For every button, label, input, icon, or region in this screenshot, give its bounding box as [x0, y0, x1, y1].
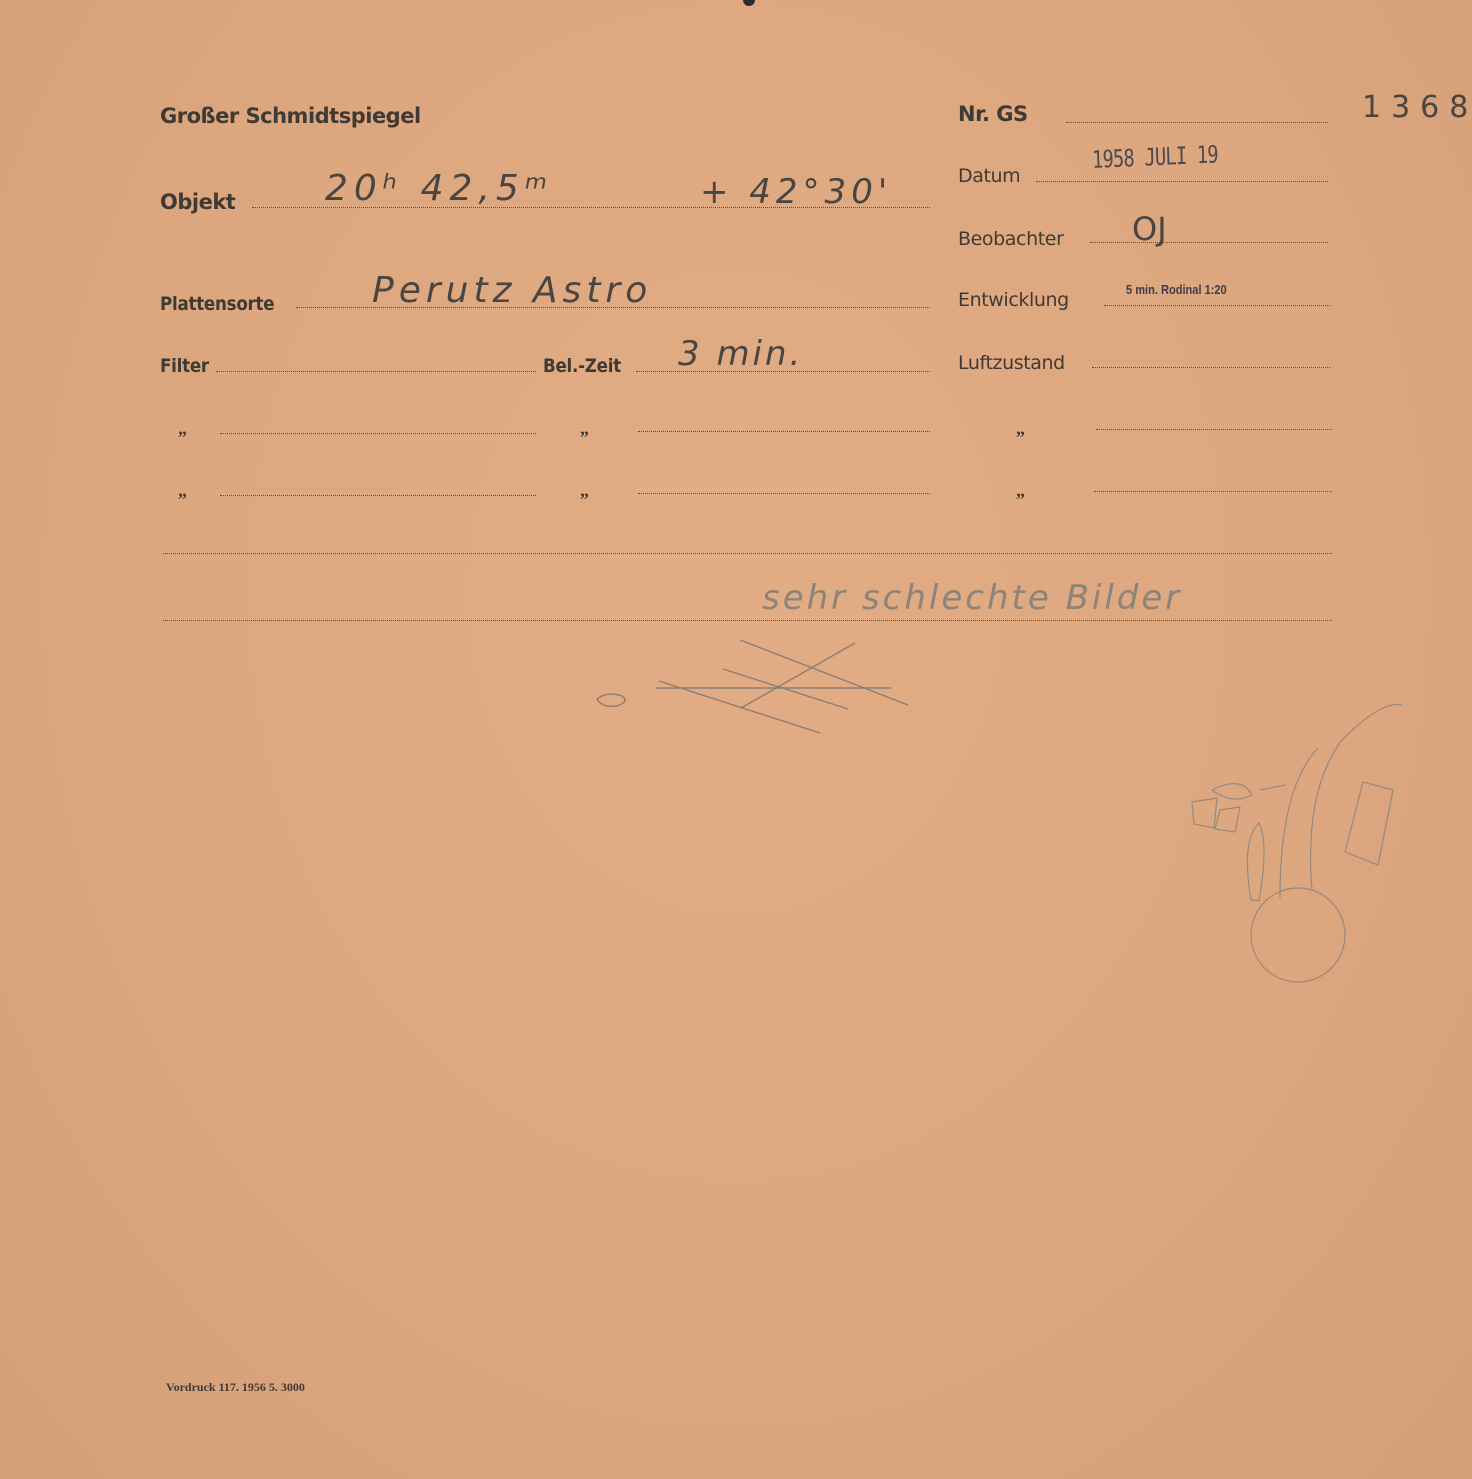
- pencil-scribble-icon: [0, 0, 1472, 1479]
- footer-print-code: Vordruck 117. 1956 5. 3000: [166, 1380, 305, 1395]
- pencil-doodle: [1192, 704, 1402, 982]
